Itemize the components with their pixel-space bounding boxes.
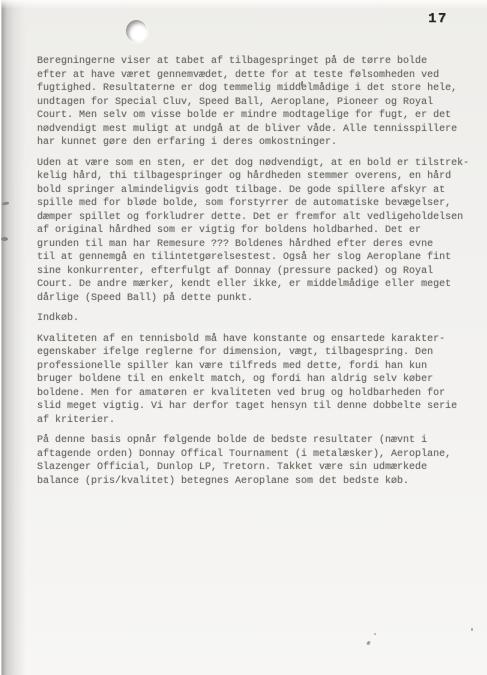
scanned-document-page: 17 Beregningerne viser at tabet af tilba… bbox=[0, 0, 487, 675]
section-heading-indkob: Indkøb. bbox=[37, 312, 482, 326]
paragraph-bounce-loss: Beregningerne viser at tabet af tilbages… bbox=[37, 55, 482, 150]
typewritten-text-block: Beregningerne viser at tabet af tilbages… bbox=[37, 55, 482, 495]
scan-edge-highlight-top bbox=[0, 0, 487, 9]
paragraph-best-results: På denne basis opnår følgende bolde de b… bbox=[37, 434, 482, 488]
scan-speck bbox=[471, 628, 473, 631]
scan-speck bbox=[374, 633, 376, 635]
page-number: 17 bbox=[428, 11, 448, 27]
paragraph-hardness: Uden at være som en sten, er det dog nød… bbox=[37, 157, 482, 306]
scan-edge-shadow-left bbox=[0, 0, 26, 675]
scan-speck bbox=[2, 201, 9, 205]
punch-hole bbox=[126, 20, 147, 42]
scan-speck bbox=[366, 641, 371, 646]
scan-speck bbox=[1, 237, 8, 241]
paragraph-quality-criteria: Kvaliteten af en tennisbold må have kons… bbox=[37, 333, 482, 428]
